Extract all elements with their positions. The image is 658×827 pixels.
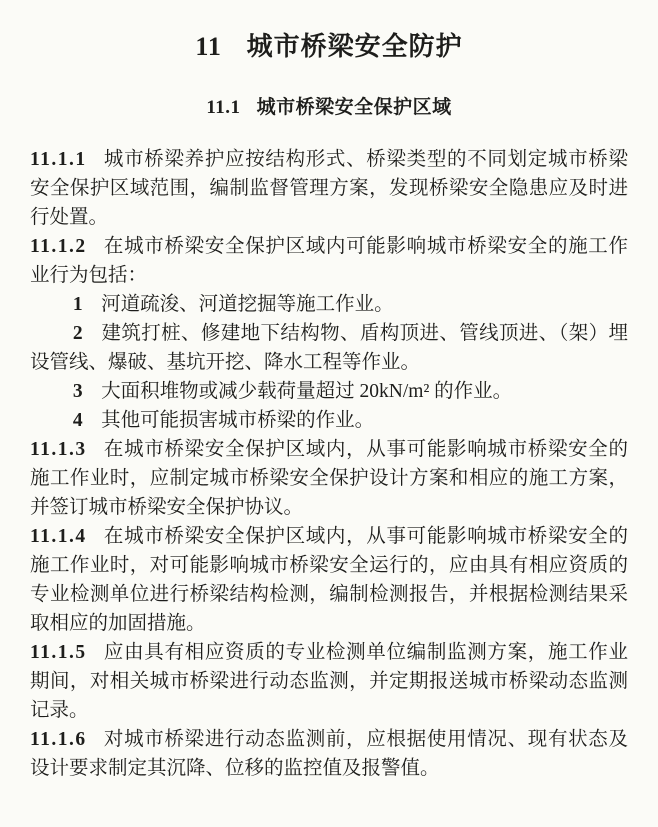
section-heading: 11.1城市桥梁安全保护区域 <box>30 96 628 120</box>
clause-11-1-4: 11.1.4在城市桥梁安全保护区域内，从事可能影响城市桥梁安全的施工作业时，对可… <box>30 522 628 638</box>
clause-number: 11.1.4 <box>30 526 87 547</box>
subitem-3: 3大面积堆物或减少载荷量超过 20kN/m² 的作业。 <box>30 377 628 406</box>
clause-number: 11.1.6 <box>30 729 87 750</box>
document-page: 11城市桥梁安全防护 11.1城市桥梁安全保护区域 11.1.1城市桥梁养护应按… <box>0 0 658 827</box>
chapter-heading: 11城市桥梁安全防护 <box>30 30 628 63</box>
clause-text: 在城市桥梁安全保护区域内，从事可能影响城市桥梁安全的施工作业时，应制定城市桥梁安… <box>30 439 628 518</box>
subitem-text: 大面积堆物或减少载荷量超过 20kN/m² 的作业。 <box>101 381 512 402</box>
clause-text: 在城市桥梁安全保护区域内可能影响城市桥梁安全的施工作业行为包括： <box>30 236 628 286</box>
subitem-1: 1河道疏浚、河道挖掘等施工作业。 <box>30 290 628 319</box>
subitem-number: 3 <box>73 381 83 402</box>
subitem-2: 2建筑打桩、修建地下结构物、盾构顶进、管线顶进、（架）埋设管线、爆破、基坑开挖、… <box>30 319 628 377</box>
clause-11-1-2: 11.1.2在城市桥梁安全保护区域内可能影响城市桥梁安全的施工作业行为包括： <box>30 232 628 290</box>
chapter-number: 11 <box>195 32 222 61</box>
subitem-number: 2 <box>73 323 83 344</box>
clause-text: 对城市桥梁进行动态监测前，应根据使用情况、现有状态及设计要求制定其沉降、位移的监… <box>30 729 628 779</box>
clause-text: 在城市桥梁安全保护区域内，从事可能影响城市桥梁安全的施工作业时，对可能影响城市桥… <box>30 526 628 634</box>
subitem-text: 河道疏浚、河道挖掘等施工作业。 <box>101 294 394 315</box>
clause-number: 11.1.3 <box>30 439 87 460</box>
clause-11-1-5: 11.1.5应由具有相应资质的专业检测单位编制监测方案，施工作业期间，对相关城市… <box>30 638 628 725</box>
subitem-number: 1 <box>73 294 83 315</box>
document-body: 11.1.1城市桥梁养护应按结构形式、桥梁类型的不同划定城市桥梁安全保护区域范围… <box>30 145 628 783</box>
clause-number: 11.1.1 <box>30 149 87 170</box>
subitem-4: 4其他可能损害城市桥梁的作业。 <box>30 406 628 435</box>
subitem-text: 其他可能损害城市桥梁的作业。 <box>101 410 374 431</box>
clause-number: 11.1.2 <box>30 236 87 257</box>
clause-11-1-6: 11.1.6对城市桥梁进行动态监测前，应根据使用情况、现有状态及设计要求制定其沉… <box>30 725 628 783</box>
clause-text: 城市桥梁养护应按结构形式、桥梁类型的不同划定城市桥梁安全保护区域范围，编制监督管… <box>30 149 628 228</box>
clause-11-1-1: 11.1.1城市桥梁养护应按结构形式、桥梁类型的不同划定城市桥梁安全保护区域范围… <box>30 145 628 232</box>
subitem-number: 4 <box>73 410 83 431</box>
section-title: 城市桥梁安全保护区域 <box>257 97 452 118</box>
subitem-text: 建筑打桩、修建地下结构物、盾构顶进、管线顶进、（架）埋设管线、爆破、基坑开挖、降… <box>30 323 628 373</box>
clause-11-1-3: 11.1.3在城市桥梁安全保护区域内，从事可能影响城市桥梁安全的施工作业时，应制… <box>30 435 628 522</box>
clause-number: 11.1.5 <box>30 642 87 663</box>
chapter-title: 城市桥梁安全防护 <box>247 31 463 61</box>
clause-text: 应由具有相应资质的专业检测单位编制监测方案，施工作业期间，对相关城市桥梁进行动态… <box>30 642 628 721</box>
section-number: 11.1 <box>206 97 240 118</box>
